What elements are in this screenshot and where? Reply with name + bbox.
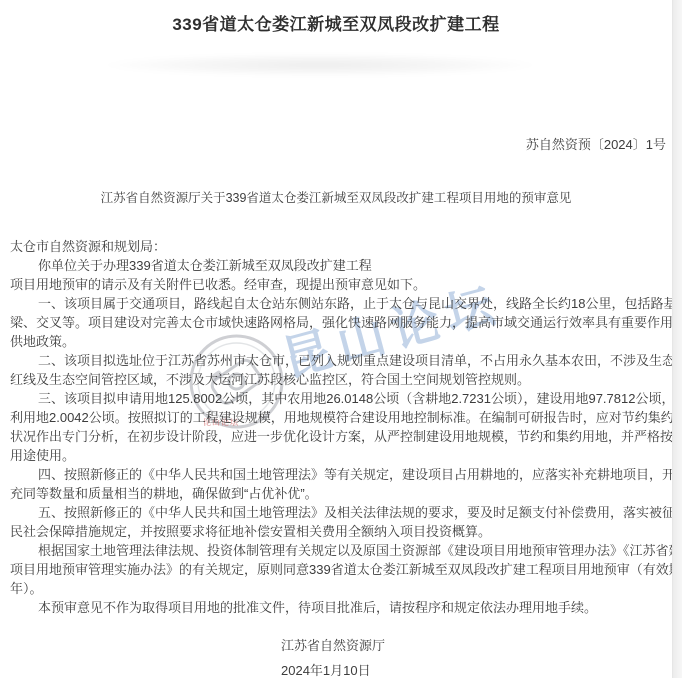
document-body: 太仓市自然资源和规划局： 你单位关于办理339省道太仓娄江新城至双凤段改扩建工程… — [10, 237, 670, 617]
doc-line: 利用地2.0042公顷。按照拟订的工程建设规模，用地规模符合建设用地控制标准。在… — [10, 408, 670, 427]
doc-line: 根据国家土地管理法律法规、投资体制管理有关规定以及原国土资源部《建设项目用地预审… — [10, 541, 670, 560]
page-title: 339省道太仓娄江新城至双凤段改扩建工程 — [0, 10, 672, 35]
doc-line: 一、该项目属于交通项目，路线起自太仓站东侧站东路，止于太仓与昆山交界处，线路全长… — [10, 294, 670, 313]
doc-line: 年）。 — [10, 579, 670, 598]
doc-line: 太仓市自然资源和规划局： — [10, 237, 670, 256]
doc-line: 二、该项目拟选址位于江苏省苏州市太仓市，已列入规划重点建设项目清单，不占用永久基… — [10, 351, 670, 370]
document-subtitle: 江苏省自然资源厅关于339省道太仓娄江新城至双凤段改扩建工程项目用地的预审意见 — [0, 188, 672, 206]
doc-line: 用途使用。 — [10, 446, 670, 465]
doc-line: 四、按照新修正的《中华人民共和国土地管理法》等有关规定，建设项目占用耕地的，应落… — [10, 465, 670, 484]
doc-line: 充同等数量和质量相当的耕地，确保做到“占优补优”。 — [10, 484, 670, 503]
doc-line: 你单位关于办理339省道太仓娄江新城至双凤段改扩建工程 — [10, 256, 670, 275]
issue-date: 2024年1月10日 — [281, 660, 371, 678]
doc-line: 本预审意见不作为取得项目用地的批准文件，待项目批准后，请按程序和规定依法办理用地… — [10, 598, 670, 617]
doc-line: 三、该项目拟申请用地125.8002公顷，其中农用地26.0148公顷（含耕地2… — [10, 389, 670, 408]
page-right-edge — [672, 0, 682, 678]
doc-line: 梁、交叉等。项目建设对完善太仓市域快速路网格局，强化快速路网服务能力，提高市域交… — [10, 313, 670, 332]
doc-line: 民社会保障措施规定，并按照要求将征地补偿安置相关费用全额纳入项目投资概算。 — [10, 522, 670, 541]
doc-line: 项目用地预审管理实施办法》的有关规定，原则同意339省道太仓娄江新城至双凤段改扩… — [10, 560, 670, 579]
title-shadow-divider — [105, 54, 535, 76]
doc-line: 状况作出专门分析，在初步设计阶段，应进一步优化设计方案，从严控制建设用地规模，节… — [10, 427, 670, 446]
issuer-signature: 江苏省自然资源厅 — [281, 635, 385, 654]
doc-line: 项目用地预审的请示及有关附件已收悉。经审查，现提出预审意见如下。 — [10, 275, 670, 294]
doc-line: 红线及生态空间管控区域，不涉及大运河江苏段核心监控区，符合国土空间规划管控规则。 — [10, 370, 670, 389]
document-number: 苏自然资预〔2024〕1号 — [526, 134, 666, 153]
doc-line: 五、按照新修正的《中华人民共和国土地管理法》及相关法律法规的要求，要及时足额支付… — [10, 503, 670, 522]
doc-line: 供地政策。 — [10, 332, 670, 351]
